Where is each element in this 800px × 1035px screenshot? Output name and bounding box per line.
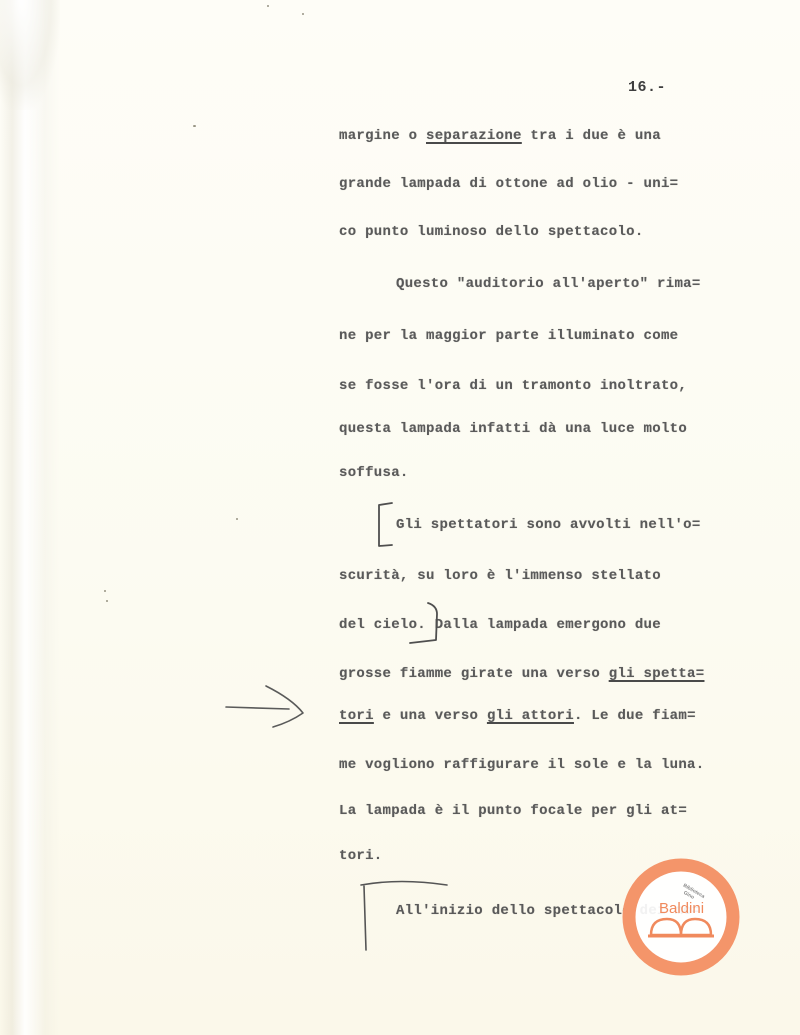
text-segment: ne per la maggior parte illuminato come bbox=[339, 328, 678, 344]
document-page: 16.- margine o separazione tra i due è u… bbox=[0, 0, 800, 1035]
text-segment: questa lampada infatti dà una luce molto bbox=[339, 421, 687, 437]
text-segment: del cielo. Dalla lampada emergono due bbox=[339, 617, 661, 633]
paper-speck bbox=[106, 600, 108, 602]
text-segment: me vogliono raffigurare il sole e la lun… bbox=[339, 757, 704, 773]
paper-speck bbox=[267, 5, 269, 7]
text-segment: margine o bbox=[339, 128, 426, 144]
page-number: 16.- bbox=[628, 79, 666, 96]
library-stamp-logo: Biblioteca Gino Baldini bbox=[621, 857, 741, 977]
text-segment: soffusa. bbox=[339, 465, 409, 481]
text-segment: co punto luminoso dello spettacolo. bbox=[339, 224, 644, 240]
paper-speck bbox=[104, 590, 106, 592]
text-line: ne per la maggior parte illuminato come bbox=[339, 328, 678, 344]
text-line: grande lampada di ottone ad olio - uni= bbox=[339, 176, 678, 192]
text-line: me vogliono raffigurare il sole e la lun… bbox=[339, 757, 704, 773]
text-line: tori e una verso gli attori. Le due fiam… bbox=[339, 708, 696, 724]
paper-speck bbox=[302, 13, 304, 15]
text-line: soffusa. bbox=[339, 465, 409, 481]
text-segment: . Le due fiam= bbox=[574, 708, 696, 724]
text-line: Questo "auditorio all'aperto" rima= bbox=[396, 276, 701, 292]
text-segment: Gli spettatori sono avvolti nell'o= bbox=[396, 517, 701, 533]
underlined-phrase: gli attori bbox=[487, 708, 574, 724]
text-line: margine o separazione tra i due è una bbox=[339, 128, 661, 144]
underlined-phrase: gli spetta= bbox=[609, 666, 705, 682]
text-segment: se fosse l'ora di un tramonto inoltrato, bbox=[339, 378, 687, 394]
text-segment: grande lampada di ottone ad olio - uni= bbox=[339, 176, 678, 192]
stamp-name: Baldini bbox=[659, 900, 704, 917]
text-line: grosse fiamme girate una verso gli spett… bbox=[339, 666, 704, 682]
text-line: scurità, su loro è l'immenso stellato bbox=[339, 568, 661, 584]
paper-speck bbox=[193, 125, 196, 127]
text-line: co punto luminoso dello spettacolo. bbox=[339, 224, 644, 240]
text-line: se fosse l'ora di un tramonto inoltrato, bbox=[339, 378, 687, 394]
left-bracket-icon bbox=[379, 503, 392, 546]
text-line: tori. bbox=[339, 848, 383, 864]
text-segment: La lampada è il punto focale per gli at= bbox=[339, 803, 687, 819]
text-line: del cielo. Dalla lampada emergono due bbox=[339, 617, 661, 633]
paper-speck bbox=[236, 518, 238, 520]
text-line: Gli spettatori sono avvolti nell'o= bbox=[396, 517, 701, 533]
text-segment: tra i due è una bbox=[522, 128, 661, 144]
text-segment: Questo "auditorio all'aperto" rima= bbox=[396, 276, 701, 292]
underlined-phrase: tori bbox=[339, 708, 374, 724]
text-line: La lampada è il punto focale per gli at= bbox=[339, 803, 687, 819]
text-line: questa lampada infatti dà una luce molto bbox=[339, 421, 687, 437]
text-segment: e una verso bbox=[374, 708, 487, 724]
underlined-phrase: separazione bbox=[426, 128, 522, 144]
paper-fold bbox=[0, 0, 60, 110]
text-segment: tori. bbox=[339, 848, 383, 864]
text-segment: grosse fiamme girate una verso bbox=[339, 666, 609, 682]
right-arrow-icon bbox=[226, 686, 303, 727]
text-segment: scurità, su loro è l'immenso stellato bbox=[339, 568, 661, 584]
